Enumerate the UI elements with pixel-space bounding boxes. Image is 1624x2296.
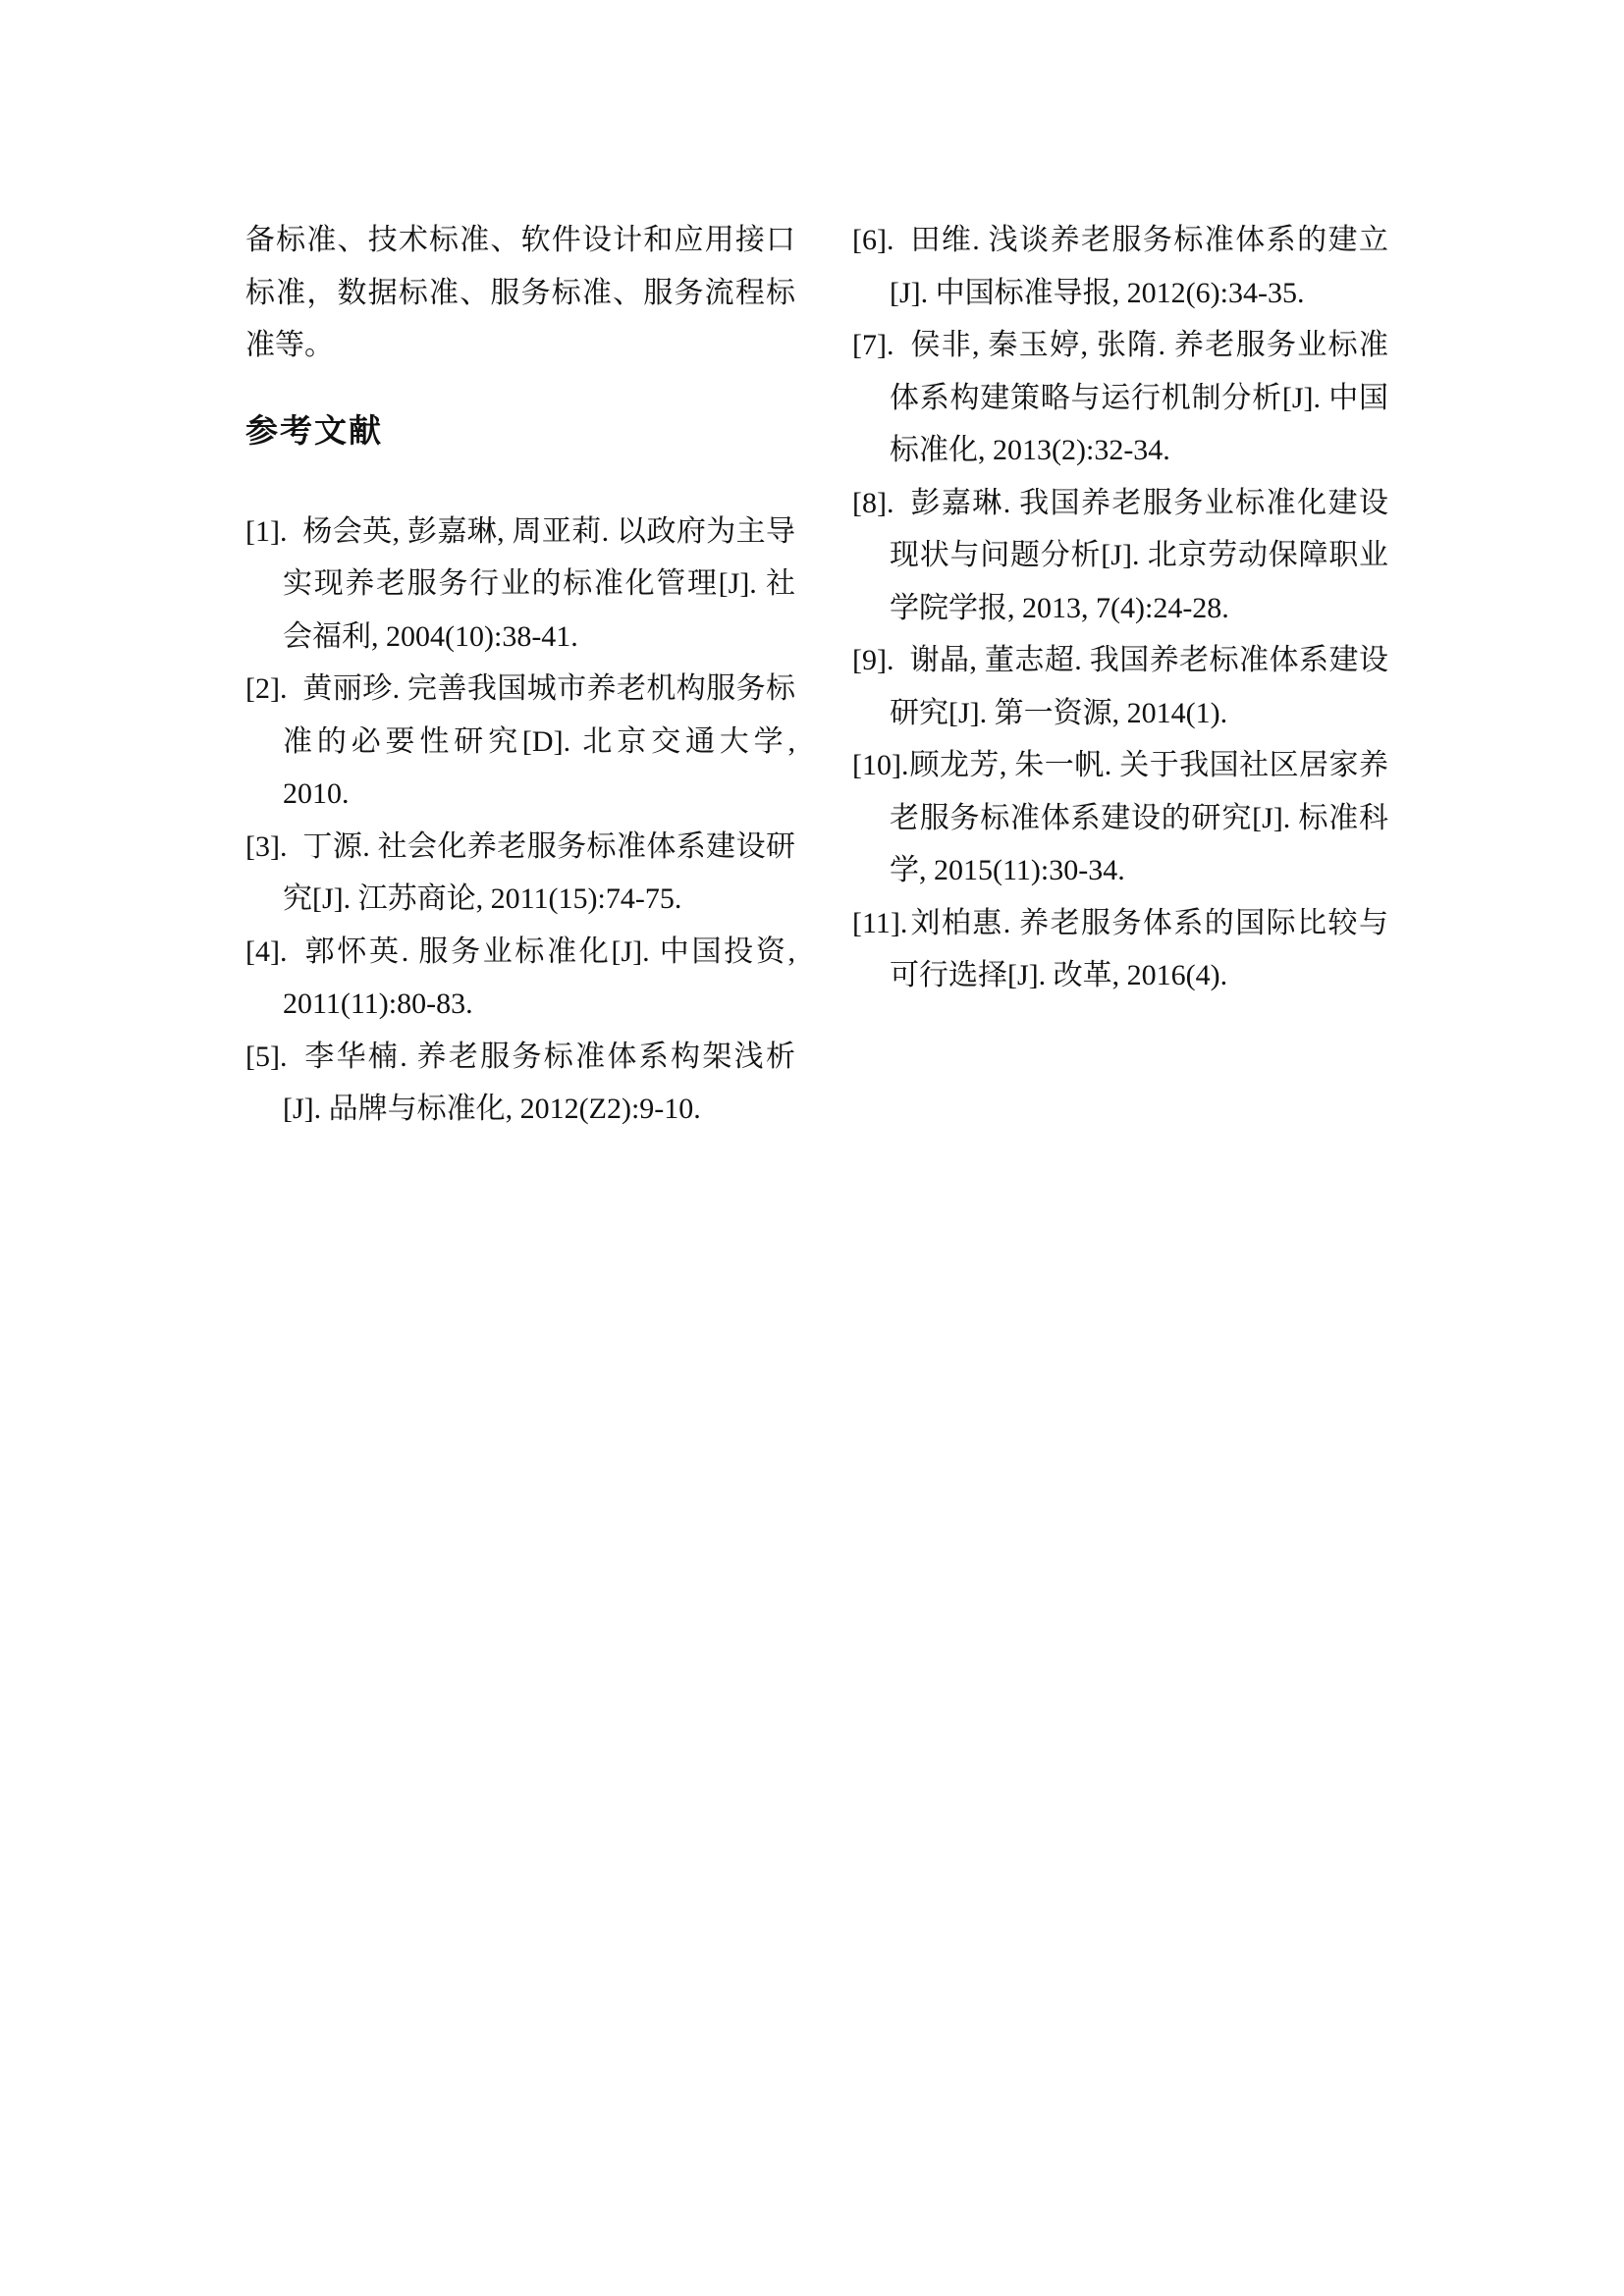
reference-label: [6]. [852, 214, 909, 267]
reference-item: [11].刘柏惠. 养老服务体系的国际比较与可行选择[J]. 改革, 2016(… [852, 897, 1388, 1002]
reference-text: 顾龙芳, 朱一帆. 关于我国社区居家养老服务标准体系建设的研究[J]. 标准科学… [890, 749, 1388, 886]
reference-text: 李华楠. 养老服务标准体系构架浅析[J]. 品牌与标准化, 2012(Z2):9… [283, 1041, 795, 1126]
reference-item: [4].郭怀英. 服务业标准化[J]. 中国投资, 2011(11):80-83… [245, 926, 795, 1031]
document-page: 备标准、技术标准、软件设计和应用接口标准，数据标准、服务标准、服务流程标准等。 … [0, 0, 1624, 2296]
reference-list-left: [1].杨会英, 彭嘉琳, 周亚莉. 以政府为主导实现养老服务行业的标准化管理[… [245, 506, 795, 1136]
reference-text: 谢晶, 董志超. 我国养老标准体系建设研究[J]. 第一资源, 2014(1). [890, 644, 1388, 729]
reference-label: [11]. [852, 897, 909, 950]
reference-item: [7].侯非, 秦玉婷, 张隋. 养老服务业标准体系构建策略与运行机制分析[J]… [852, 319, 1388, 477]
reference-label: [7]. [852, 319, 909, 372]
reference-text: 郭怀英. 服务业标准化[J]. 中国投资, 2011(11):80-83. [283, 935, 795, 1021]
reference-label: [4]. [245, 926, 302, 979]
reference-label: [1]. [245, 506, 302, 559]
reference-item: [6].田维. 浅谈养老服务标准体系的建立[J]. 中国标准导报, 2012(6… [852, 214, 1388, 319]
reference-item: [9].谢晶, 董志超. 我国养老标准体系建设研究[J]. 第一资源, 2014… [852, 634, 1388, 739]
reference-item: [1].杨会英, 彭嘉琳, 周亚莉. 以政府为主导实现养老服务行业的标准化管理[… [245, 506, 795, 664]
reference-label: [10]. [852, 739, 909, 792]
reference-item: [10].顾龙芳, 朱一帆. 关于我国社区居家养老服务标准体系建设的研究[J].… [852, 739, 1388, 897]
reference-label: [3]. [245, 821, 302, 874]
right-column: [6].田维. 浅谈养老服务标准体系的建立[J]. 中国标准导报, 2012(6… [852, 214, 1388, 1002]
references-heading: 参考文献 [245, 411, 795, 451]
reference-label: [9]. [852, 634, 909, 687]
reference-label: [8]. [852, 477, 909, 530]
reference-label: [5]. [245, 1031, 302, 1084]
reference-text: 田维. 浅谈养老服务标准体系的建立[J]. 中国标准导报, 2012(6):34… [890, 224, 1388, 309]
reference-list-right: [6].田维. 浅谈养老服务标准体系的建立[J]. 中国标准导报, 2012(6… [852, 214, 1388, 1002]
reference-text: 彭嘉琳. 我国养老服务业标准化建设现状与问题分析[J]. 北京劳动保障职业学院学… [890, 487, 1388, 624]
left-column: 备标准、技术标准、软件设计和应用接口标准，数据标准、服务标准、服务流程标准等。 … [245, 214, 795, 1136]
reference-item: [3].丁源. 社会化养老服务标准体系建设研究[J]. 江苏商论, 2011(1… [245, 821, 795, 926]
reference-label: [2]. [245, 663, 302, 716]
reference-item: [8].彭嘉琳. 我国养老服务业标准化建设现状与问题分析[J]. 北京劳动保障职… [852, 477, 1388, 635]
reference-text: 黄丽珍. 完善我国城市养老机构服务标准的必要性研究[D]. 北京交通大学, 20… [283, 672, 795, 810]
reference-text: 刘柏惠. 养老服务体系的国际比较与可行选择[J]. 改革, 2016(4). [890, 907, 1388, 992]
reference-item: [2].黄丽珍. 完善我国城市养老机构服务标准的必要性研究[D]. 北京交通大学… [245, 663, 795, 821]
reference-item: [5].李华楠. 养老服务标准体系构架浅析[J]. 品牌与标准化, 2012(Z… [245, 1031, 795, 1136]
body-paragraph: 备标准、技术标准、软件设计和应用接口标准，数据标准、服务标准、服务流程标准等。 [245, 214, 795, 372]
reference-text: 侯非, 秦玉婷, 张隋. 养老服务业标准体系构建策略与运行机制分析[J]. 中国… [890, 329, 1388, 466]
reference-text: 丁源. 社会化养老服务标准体系建设研究[J]. 江苏商论, 2011(15):7… [283, 830, 795, 916]
reference-text: 杨会英, 彭嘉琳, 周亚莉. 以政府为主导实现养老服务行业的标准化管理[J]. … [283, 515, 795, 653]
